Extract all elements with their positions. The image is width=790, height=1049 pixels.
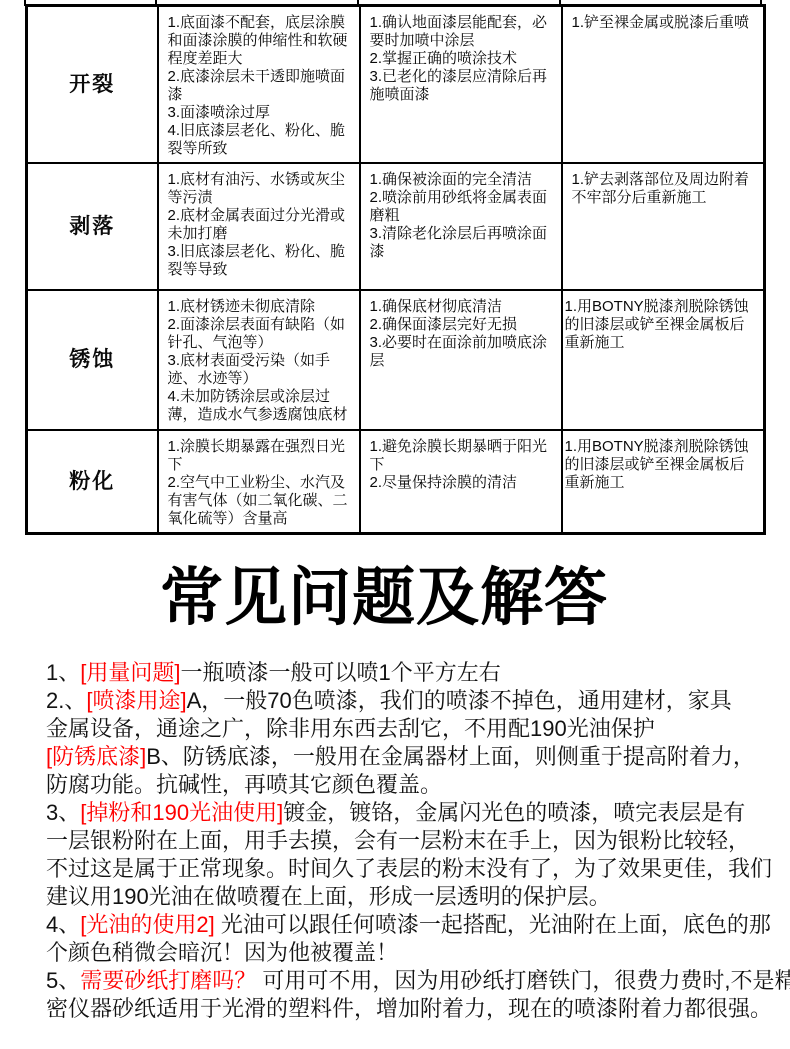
prevention-cell: 1.确认地面漆层能配套，必要时加喷中涂层2.掌握正确的喷涂技术3.已老化的漆层应…	[360, 6, 562, 164]
table-row: 粉化1.涂膜长期暴露在强烈日光下2.空气中工业粉尘、水汽及有害气体（如二氧化碳、…	[27, 430, 765, 534]
cell-item: 1.涂膜长期暴露在强烈日光下	[168, 438, 355, 474]
faq-text: 3、	[46, 800, 80, 825]
prevention-cell: 1.确保被涂面的完全清洁2.喷涂前用砂纸将金属表面磨粗3.清除老化涂层后再喷涂面…	[360, 163, 562, 290]
table-row: 锈蚀1.底材锈迹未彻底清除2.面漆涂层表面有缺陷（如针孔、气泡等）3.底材表面受…	[27, 290, 765, 430]
faq-highlight-text: [喷漆用途]	[86, 688, 186, 713]
prevention-cell: 1.避免涂膜长期暴晒于阳光下2.尽量保持涂膜的清洁	[360, 430, 562, 534]
cell-item: 2.底漆涂层未干透即施喷面漆	[168, 68, 355, 104]
faq-highlight-text: [光油的使用2]	[80, 912, 214, 937]
faq-text: 可用可不用，因为用砂纸打磨铁门，很费力费时,不是精	[256, 968, 790, 993]
cell-item: 1.铲去剥落部位及周边附着不牢部分后重新施工	[572, 171, 760, 207]
table-row: 剥落1.底材有油污、水锈或灰尘等污渍2.底材金属表面过分光滑或未加打磨3.旧底漆…	[27, 163, 765, 290]
cell-item: 4.旧底漆层老化、粉化、脆裂等所致	[168, 122, 355, 158]
faq-section-title: 常见问题及解答	[0, 547, 768, 638]
faq-text: 5、	[46, 968, 80, 993]
faq-text: 密仪器砂纸适用于光滑的塑料件，增加附着力，现在的喷漆附着力都很强。	[46, 996, 772, 1021]
causes-cell: 1.涂膜长期暴露在强烈日光下2.空气中工业粉尘、水汽及有害气体（如二氧化碳、二氧…	[158, 430, 360, 534]
faq-line: 金属设备，通途之广，除非用东西去刮它，不用配190光油保护	[46, 715, 766, 743]
cell-item: 3.底材表面受污染（如手迹、水迹等）	[168, 352, 355, 388]
faq-highlight-text: [掉粉和190光油使用]	[80, 800, 283, 825]
causes-cell: 1.底面漆不配套，底层涂膜和面漆涂膜的伸缩性和软硬程度差距大2.底漆涂层未干透即…	[158, 6, 360, 164]
faq-section: 1、[用量问题]一瓶喷漆一般可以喷1个平方左右2.、[喷漆用途]A，一般70色喷…	[46, 659, 766, 1023]
remedy-cell: 1.铲至裸金属或脱漆后重喷	[562, 6, 765, 164]
faq-text: B、防锈底漆，一般用在金属器材上面，则侧重于提高附着力，	[146, 744, 755, 769]
cell-item: 2.确保面漆层完好无损	[370, 316, 557, 334]
faq-line: 个颜色稍微会暗沉！因为他被覆盖！	[46, 939, 766, 967]
issues-table-body: 开裂1.底面漆不配套，底层涂膜和面漆涂膜的伸缩性和软硬程度差距大2.底漆涂层未干…	[27, 6, 765, 534]
remedy-cell: 1.铲去剥落部位及周边附着不牢部分后重新施工	[562, 163, 765, 290]
faq-line: 建议用190光油在做喷覆在上面，形成一层透明的保护层。	[46, 883, 766, 911]
problem-name-cell: 剥落	[27, 163, 158, 290]
cell-item: 1.底材锈迹未彻底清除	[168, 298, 355, 316]
cell-item: 1.确保底材彻底清洁	[370, 298, 557, 316]
problem-name-cell: 开裂	[27, 6, 158, 164]
faq-line: 5、需要砂纸打磨吗？ 可用可不用，因为用砂纸打磨铁门，很费力费时,不是精	[46, 967, 766, 995]
faq-highlight-text: [防锈底漆]	[46, 744, 146, 769]
cell-item: 2.掌握正确的喷涂技术	[370, 50, 557, 68]
causes-cell: 1.底材锈迹未彻底清除2.面漆涂层表面有缺陷（如针孔、气泡等）3.底材表面受污染…	[158, 290, 360, 430]
cell-item: 1.用BOTNY脱漆剂脱除锈蚀的旧漆层或铲至裸金属板后重新施工	[565, 438, 760, 492]
faq-text: A，一般70色喷漆，我们的喷漆不掉色，通用建材，家具	[187, 688, 732, 713]
cell-item: 3.清除老化涂层后再喷涂面漆	[370, 225, 557, 261]
cell-item: 2.尽量保持涂膜的清洁	[370, 474, 557, 492]
faq-line: 1、[用量问题]一瓶喷漆一般可以喷1个平方左右	[46, 659, 766, 687]
faq-line: 4、[光油的使用2] 光油可以跟任何喷漆一起搭配，光油附在上面，底色的那	[46, 911, 766, 939]
faq-line: 一层银粉附在上面，用手去摸，会有一层粉末在手上，因为银粉比较轻，	[46, 827, 766, 855]
cell-item: 1.确认地面漆层能配套，必要时加喷中涂层	[370, 14, 557, 50]
cell-item: 3.已老化的漆层应清除后再施喷面漆	[370, 68, 557, 104]
problem-name-cell: 粉化	[27, 430, 158, 534]
cell-item: 1.底面漆不配套，底层涂膜和面漆涂膜的伸缩性和软硬程度差距大	[168, 14, 355, 68]
faq-text: 不过这是属于正常现象。时间久了表层的粉末没有了，为了效果更佳，我们	[46, 856, 772, 881]
faq-text: 一层银粉附在上面，用手去摸，会有一层粉末在手上，因为银粉比较轻，	[46, 828, 750, 853]
problem-name-cell: 锈蚀	[27, 290, 158, 430]
faq-line: 3、[掉粉和190光油使用]镀金，镀铬，金属闪光色的喷漆，喷完表层是有	[46, 799, 766, 827]
faq-line: [防锈底漆]B、防锈底漆，一般用在金属器材上面，则侧重于提高附着力，	[46, 743, 766, 771]
faq-highlight-text: 需要砂纸打磨吗？	[80, 968, 256, 993]
cell-item: 3.必要时在面涂前加喷底涂层	[370, 334, 557, 370]
faq-line: 密仪器砂纸适用于光滑的塑料件，增加附着力，现在的喷漆附着力都很强。	[46, 995, 766, 1023]
faq-text: 建议用190光油在做喷覆在上面，形成一层透明的保护层。	[46, 884, 611, 909]
faq-text: 2.、	[46, 688, 86, 713]
faq-line: 不过这是属于正常现象。时间久了表层的粉末没有了，为了效果更佳，我们	[46, 855, 766, 883]
prevention-cell: 1.确保底材彻底清洁2.确保面漆层完好无损3.必要时在面涂前加喷底涂层	[360, 290, 562, 430]
cell-item: 3.旧底漆层老化、粉化、脆裂等导致	[168, 243, 355, 279]
faq-text: 1、	[46, 660, 80, 685]
cell-item: 4.未加防锈涂层或涂层过薄，造成水气参透腐蚀底材	[168, 388, 355, 424]
faq-line: 2.、[喷漆用途]A，一般70色喷漆，我们的喷漆不掉色，通用建材，家具	[46, 687, 766, 715]
cell-item: 3.面漆喷涂过厚	[168, 104, 355, 122]
cell-item: 1.避免涂膜长期暴晒于阳光下	[370, 438, 557, 474]
cell-item: 1.铲至裸金属或脱漆后重喷	[572, 14, 760, 32]
faq-text: 金属设备，通途之广，除非用东西去刮它，不用配190光油保护	[46, 716, 655, 741]
causes-cell: 1.底材有油污、水锈或灰尘等污渍2.底材金属表面过分光滑或未加打磨3.旧底漆层老…	[158, 163, 360, 290]
faq-text: 4、	[46, 912, 80, 937]
faq-text: 一瓶喷漆一般可以喷1个平方左右	[180, 660, 500, 685]
cell-item: 2.底材金属表面过分光滑或未加打磨	[168, 207, 355, 243]
cell-item: 2.面漆涂层表面有缺陷（如针孔、气泡等）	[168, 316, 355, 352]
remedy-cell: 1.用BOTNY脱漆剂脱除锈蚀的旧漆层或铲至裸金属板后重新施工	[562, 290, 765, 430]
cell-item: 2.喷涂前用砂纸将金属表面磨粗	[370, 189, 557, 225]
paint-issues-table: 开裂1.底面漆不配套，底层涂膜和面漆涂膜的伸缩性和软硬程度差距大2.底漆涂层未干…	[25, 4, 766, 535]
cell-item: 1.底材有油污、水锈或灰尘等污渍	[168, 171, 355, 207]
faq-lines: 1、[用量问题]一瓶喷漆一般可以喷1个平方左右2.、[喷漆用途]A，一般70色喷…	[46, 659, 766, 1023]
faq-text: 防腐功能。抗碱性，再喷其它颜色覆盖。	[46, 772, 442, 797]
faq-text: 个颜色稍微会暗沉！因为他被覆盖！	[46, 940, 398, 965]
faq-text: 光油可以跟任何喷漆一起搭配，光油附在上面，底色的那	[215, 912, 771, 937]
cell-item: 2.空气中工业粉尘、水汽及有害气体（如二氧化碳、二氧化硫等）含量高	[168, 474, 355, 528]
faq-line: 防腐功能。抗碱性，再喷其它颜色覆盖。	[46, 771, 766, 799]
cell-item: 1.用BOTNY脱漆剂脱除锈蚀的旧漆层或铲至裸金属板后重新施工	[565, 298, 760, 352]
cell-item: 1.确保被涂面的完全清洁	[370, 171, 557, 189]
faq-highlight-text: [用量问题]	[80, 660, 180, 685]
table-row: 开裂1.底面漆不配套，底层涂膜和面漆涂膜的伸缩性和软硬程度差距大2.底漆涂层未干…	[27, 6, 765, 164]
faq-text: 镀金，镀铬，金属闪光色的喷漆，喷完表层是有	[283, 800, 745, 825]
remedy-cell: 1.用BOTNY脱漆剂脱除锈蚀的旧漆层或铲至裸金属板后重新施工	[562, 430, 765, 534]
